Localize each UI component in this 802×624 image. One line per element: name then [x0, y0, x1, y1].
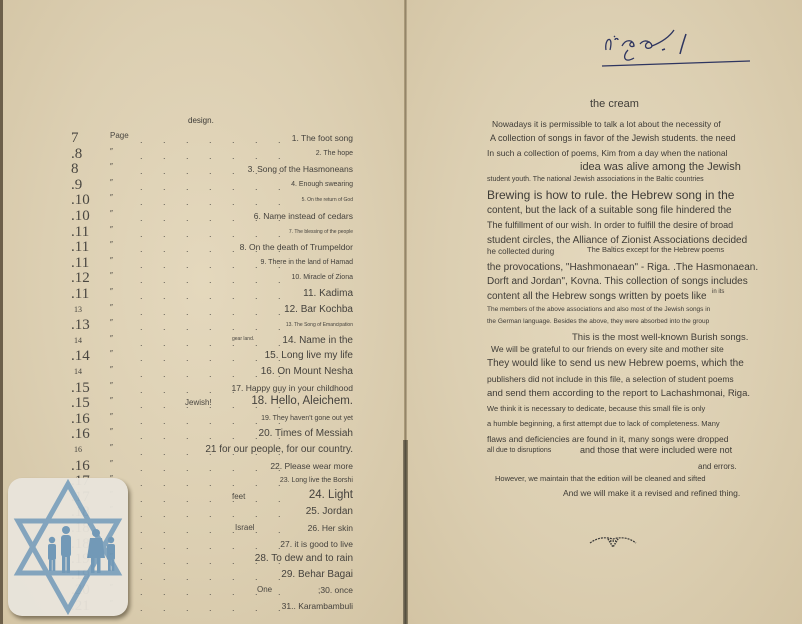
body-text-line: Nowadays it is permissible to talk a lot…: [492, 119, 721, 129]
toc-leader-dots: . . . . . . .: [140, 603, 290, 613]
body-text-line: The fulfillment of our wish. In order to…: [487, 220, 733, 230]
body-text-line: and send them according to the report to…: [487, 388, 750, 399]
toc-leader-dots: . . . . . . .: [140, 494, 290, 504]
toc-song-title: 7. The blessing of the people: [289, 229, 353, 235]
toc-leader-dots: . . . . . . .: [140, 463, 290, 473]
toc-entry: .16″. . . . . . .22. Please wear more: [0, 458, 405, 474]
toc-extra-word: Jewish!: [185, 398, 212, 407]
ornament-icon: [588, 533, 638, 554]
toc-leader-dots: . . . . . . .: [140, 541, 290, 551]
body-text-line: publishers did not include in this file,…: [487, 374, 734, 384]
watermark-logo: [8, 478, 128, 616]
toc-page-number: .8: [71, 146, 82, 163]
toc-page-number: .13: [71, 317, 90, 334]
toc-page-number: 7: [71, 130, 79, 147]
body-text-line: all due to disruptions: [487, 447, 551, 454]
toc-song-title: 28. To dew and to rain: [255, 553, 353, 564]
toc-leader-dots: . . . . . . .: [140, 478, 290, 488]
toc-page-number: 14: [74, 336, 82, 345]
body-text-line: the provocations, "Hashmonaean" - Riga. …: [487, 262, 758, 273]
toc-extra-word: One: [257, 585, 272, 594]
body-text-line: content, but the lack of a suitable song…: [487, 205, 732, 216]
toc-entry: .11″. . . . . . .7. The blessing of the …: [0, 224, 405, 240]
toc-page-label: Page: [110, 131, 129, 140]
toc-entry: .15″. . . . . . .17. Happy guy in your c…: [0, 380, 405, 396]
handwritten-note: [600, 28, 750, 68]
toc-song-title: 10. Miracle of Ziona: [292, 274, 353, 281]
body-text-line: And we will make it a revised and refine…: [563, 488, 740, 498]
toc-leader-dots: . . . . . . .: [140, 509, 290, 519]
toc-entry: .12″. . . . . . .10. Miracle of Ziona: [0, 270, 405, 286]
toc-leader-dots: . . . . . . .: [140, 291, 290, 301]
toc-page-number: .10: [71, 192, 90, 209]
toc-song-title: 11. Kadima: [303, 288, 353, 299]
toc-song-title: 23. Long live the Borshi: [280, 477, 353, 484]
toc-song-title: 3. Song of the Hasmoneans: [248, 164, 353, 174]
toc-page-number: .16: [71, 426, 90, 443]
toc-ditto-mark: ″: [110, 303, 113, 312]
toc-page-number: .9: [71, 177, 82, 194]
toc-extra-word: Israel: [235, 523, 255, 532]
toc-song-title: 19. They haven't gone out yet: [261, 415, 353, 422]
toc-page-number: .11: [71, 239, 89, 256]
toc-song-title: 29. Behar Bagai: [281, 569, 353, 580]
toc-song-title: 17. Happy guy in your childhood: [232, 383, 353, 393]
toc-song-title: 9. There in the land of Hamad: [261, 259, 353, 266]
toc-leader-dots: . . . . . . .: [140, 307, 290, 317]
toc-song-title: 21 for our people, for our country.: [205, 444, 353, 455]
toc-page-number: .15: [71, 380, 90, 397]
handwriting-icon: [600, 28, 750, 68]
toc-extra-word: gear land.: [232, 336, 254, 342]
toc-song-title: 25. Jordan: [306, 506, 353, 517]
toc-ditto-mark: ″: [110, 271, 113, 280]
toc-ditto-mark: ″: [110, 162, 113, 171]
body-text-line: idea was alive among the Jewish: [580, 161, 741, 173]
toc-song-title: 31.. Karambambuli: [282, 601, 353, 611]
body-text-line: Dorft and Jordan", Kovna. This collectio…: [487, 276, 748, 287]
body-text-line: We will be grateful to our friends on ev…: [491, 344, 724, 354]
toc-leader-dots: . . . . . . .: [140, 525, 290, 535]
toc-ditto-mark: ″: [110, 427, 113, 436]
body-text-line: However, we maintain that the edition wi…: [495, 474, 706, 483]
toc-page-number: .11: [71, 255, 89, 272]
toc-entry: 13″. . . . . . .12. Bar Kochba: [0, 302, 405, 318]
toc-song-title: ;30. once: [318, 585, 353, 595]
toc-entry: .15″. . . . . . .Jewish!18. Hello, Aleic…: [0, 395, 405, 411]
toc-song-title: 2. The hope: [316, 150, 353, 157]
toc-page-number: .16: [71, 411, 90, 428]
body-text-fragment: and those that were included were not: [580, 445, 732, 455]
toc-entry: .13″. . . . . . .13. The Song of Emancip…: [0, 317, 405, 333]
toc-page-number: .11: [71, 224, 89, 241]
toc-leader-dots: . . . . . . .: [140, 322, 290, 332]
toc-entry: .10″. . . . . . .6. Name instead of ceda…: [0, 208, 405, 224]
toc-ditto-mark: ″: [110, 318, 113, 327]
toc-entry: 8″. . . . . . .3. Song of the Hasmoneans: [0, 161, 405, 177]
toc-leader-dots: . . . . . . .: [140, 229, 290, 239]
toc-leader-dots: . . . . . . .: [140, 338, 290, 348]
body-text-line: and errors.: [698, 462, 737, 471]
body-text-line: a humble beginning, a first attempt due …: [487, 419, 720, 428]
toc-leader-dots: . . . . . . .: [140, 572, 290, 582]
toc-entry: .11″. . . . . . .9. There in the land of…: [0, 255, 405, 271]
toc-ditto-mark: ″: [110, 193, 113, 202]
toc-song-title: 22. Please wear more: [270, 461, 353, 471]
toc-ditto-mark: ″: [110, 256, 113, 265]
body-text-line: content all the Hebrew songs written by …: [487, 291, 707, 302]
toc-entry: .11″. . . . . . .8. On the death of Trum…: [0, 239, 405, 255]
body-text-line: flaws and deficiencies are found in it, …: [487, 434, 728, 444]
toc-song-title: 14. Name in the: [282, 335, 353, 346]
toc-ditto-mark: ″: [110, 147, 113, 156]
toc-entry: 16″. . . . . . .21 for our people, for o…: [0, 442, 405, 458]
toc-entry: .10″. . . . . . .5. On the return of God: [0, 192, 405, 208]
toc-ditto-mark: ″: [110, 396, 113, 405]
toc-entry: 7Page. . . . . . .1. The foot song: [0, 130, 405, 146]
body-text-fragment: in its: [712, 289, 724, 295]
toc-page-number: 14: [74, 367, 82, 376]
body-text-line: student youth. The national Jewish assoc…: [487, 176, 704, 183]
toc-page-number: .14: [71, 348, 90, 365]
toc-entry: 14″. . . . . . .gear land.14. Name in th…: [0, 333, 405, 349]
toc-ditto-mark: ″: [110, 459, 113, 468]
toc-page-number: 16: [74, 445, 82, 454]
right-page-heading: the cream: [590, 98, 639, 110]
toc-extra-word: feet: [232, 492, 245, 501]
toc-song-title: 4. Enough swearing: [291, 181, 353, 188]
toc-page-number: .16: [71, 458, 90, 475]
toc-entry: .11″. . . . . . .11. Kadima: [0, 286, 405, 302]
body-text-line: We think it is necessary to dedicate, be…: [487, 404, 705, 413]
body-text-line: A collection of songs in favor of the Je…: [490, 133, 736, 143]
toc-song-title: 8. On the death of Trumpeldor: [240, 242, 353, 252]
toc-ditto-mark: ″: [110, 225, 113, 234]
body-text-line: The members of the above associations an…: [487, 306, 710, 313]
body-text-line: They would like to send us new Hebrew po…: [487, 358, 744, 369]
toc-leader-dots: . . . . . . .: [140, 135, 290, 145]
toc-page-number: 8: [71, 161, 79, 178]
toc-ditto-mark: ″: [110, 287, 113, 296]
toc-ditto-mark: ″: [110, 365, 113, 374]
body-text-line: the German language. Besides the above, …: [487, 318, 709, 325]
toc-ditto-mark: ″: [110, 381, 113, 390]
toc-song-title: 15. Long live my life: [265, 350, 353, 361]
toc-page-number: .12: [71, 270, 90, 287]
toc-ditto-mark: ″: [110, 209, 113, 218]
toc-song-title: 13. The Song of Emancipation: [286, 322, 353, 328]
toc-song-title: 26. Her skin: [308, 523, 353, 533]
toc-song-title: 20. Times of Messiah: [259, 428, 353, 439]
toc-entry: .14″. . . . . . .15. Long live my life: [0, 348, 405, 364]
toc-song-title: 6. Name instead of cedars: [254, 211, 353, 221]
toc-leader-dots: . . . . . . .: [140, 197, 290, 207]
body-text-line: Brewing is how to rule. the Hebrew song …: [487, 188, 734, 202]
toc-page-number: .15: [71, 395, 90, 412]
toc-ditto-mark: ″: [110, 412, 113, 421]
toc-leader-dots: . . . . . . .: [140, 182, 290, 192]
body-text-line: In such a collection of poems, Kim from …: [487, 148, 728, 158]
toc-heading: design.: [188, 116, 214, 125]
toc-page-number: .10: [71, 208, 90, 225]
toc-song-title: 12. Bar Kochba: [284, 304, 353, 315]
toc-entry: .9″. . . . . . .4. Enough swearing: [0, 177, 405, 193]
toc-song-title: 16. On Mount Nesha: [261, 366, 353, 377]
toc-entry: .16″. . . . . . .19. They haven't gone o…: [0, 411, 405, 427]
toc-entry: .8″. . . . . . .2. The hope: [0, 146, 405, 162]
toc-entry: .16″. . . . . . .20. Times of Messiah: [0, 426, 405, 442]
body-text-line: he collected during: [487, 247, 554, 256]
toc-song-title: 24. Light: [309, 489, 353, 501]
toc-page-number: .11: [71, 286, 89, 303]
body-text-fragment: The Baltics except for the Hebrew poems: [587, 245, 724, 254]
toc-song-title: 18. Hello, Aleichem.: [251, 395, 353, 407]
toc-ditto-mark: ″: [110, 349, 113, 358]
toc-page-number: 13: [74, 305, 82, 314]
toc-ditto-mark: ″: [110, 240, 113, 249]
toc-entry: 14″. . . . . . .16. On Mount Nesha: [0, 364, 405, 380]
toc-ditto-mark: ″: [110, 178, 113, 187]
toc-song-title: 5. On the return of God: [302, 197, 353, 203]
toc-leader-dots: . . . . . . .: [140, 275, 290, 285]
body-text-line: This is the most well-known Burish songs…: [572, 332, 748, 343]
toc-leader-dots: . . . . . . .: [140, 151, 290, 161]
toc-ditto-mark: ″: [110, 334, 113, 343]
star-of-david-family-icon: [8, 478, 128, 616]
toc-ditto-mark: ″: [110, 443, 113, 452]
toc-song-title: 27. it is good to live: [280, 539, 353, 549]
toc-song-title: 1. The foot song: [292, 133, 353, 143]
